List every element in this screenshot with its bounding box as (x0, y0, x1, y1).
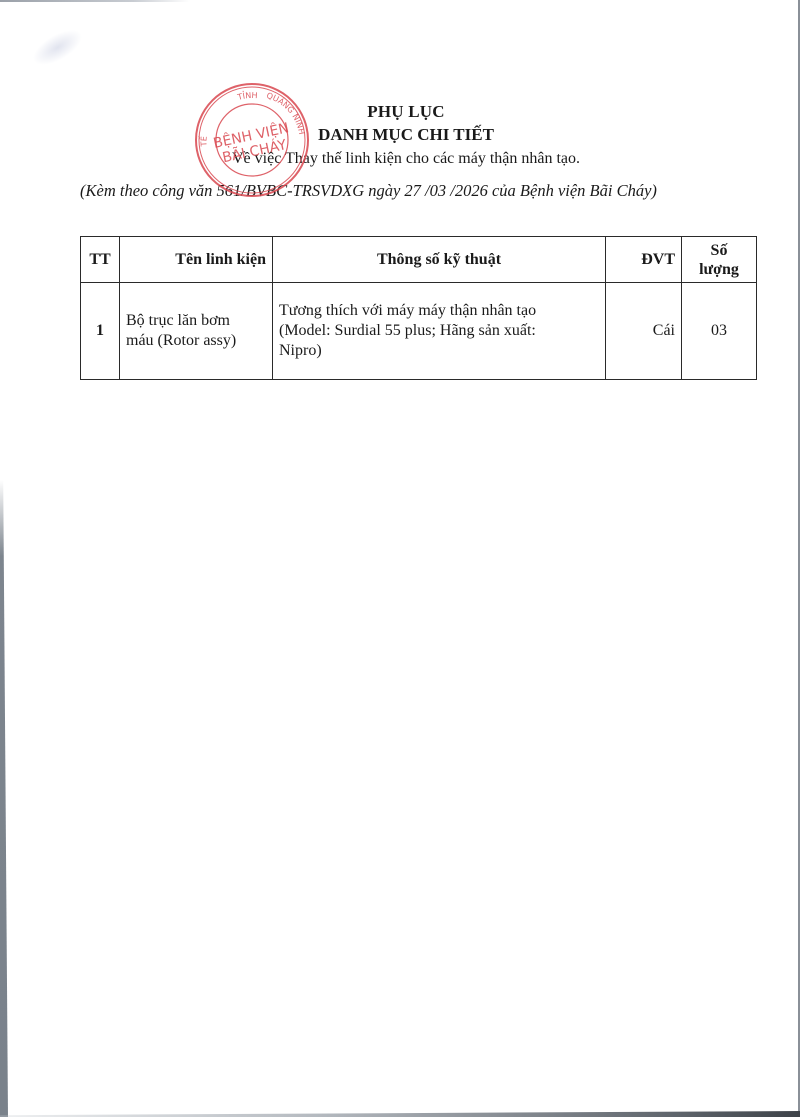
column-header-tt: TT (81, 237, 120, 283)
cell-spec: Tương thích với máy máy thận nhân tạo (M… (273, 283, 606, 380)
document-subject: Về việc Thay thế linh kiện cho các máy t… (0, 150, 800, 168)
cell-name-line-2: máu (Rotor assy) (126, 331, 266, 351)
parts-table: TT Tên linh kiện Thông số kỹ thuật ĐVT S… (80, 236, 757, 380)
document-subtitle: DANH MỤC CHI TIẾT (0, 125, 800, 145)
stamp-top-arc: TỈNH (236, 89, 258, 102)
cell-spec-line-1: Tương thích với máy máy thận nhân tạo (279, 301, 599, 321)
column-header-unit: ĐVT (606, 237, 682, 283)
scan-edge-top (0, 0, 190, 2)
cell-name-line-1: Bộ trục lăn bơm (126, 311, 266, 331)
cell-quantity: 03 (682, 283, 757, 380)
document-title: PHỤ LỤC (0, 102, 800, 122)
svg-text:TỈNH: TỈNH (236, 89, 258, 102)
cell-spec-line-3: Nipro) (279, 341, 599, 361)
scan-edge-bottom (0, 1111, 800, 1117)
column-header-spec: Thông số kỹ thuật (273, 237, 606, 283)
cell-tt: 1 (81, 283, 120, 380)
cell-spec-line-2: (Model: Surdial 55 plus; Hãng sản xuất: (279, 321, 599, 341)
cell-name: Bộ trục lăn bơm máu (Rotor assy) (120, 283, 273, 380)
column-header-quantity: Số lượng (682, 237, 757, 283)
column-header-name: Tên linh kiện (120, 237, 273, 283)
cell-unit: Cái (606, 283, 682, 380)
column-header-quantity-line-1: Số (688, 241, 750, 260)
table-header-row: TT Tên linh kiện Thông số kỹ thuật ĐVT S… (81, 237, 757, 283)
column-header-quantity-line-2: lượng (688, 260, 750, 279)
scan-edge-left (0, 480, 8, 1117)
document-reference: (Kèm theo công văn 561/BVBC-TRSVDXG ngày… (80, 181, 657, 201)
scan-smudge (27, 23, 87, 72)
table-row: 1 Bộ trục lăn bơm máu (Rotor assy) Tương… (81, 283, 757, 380)
